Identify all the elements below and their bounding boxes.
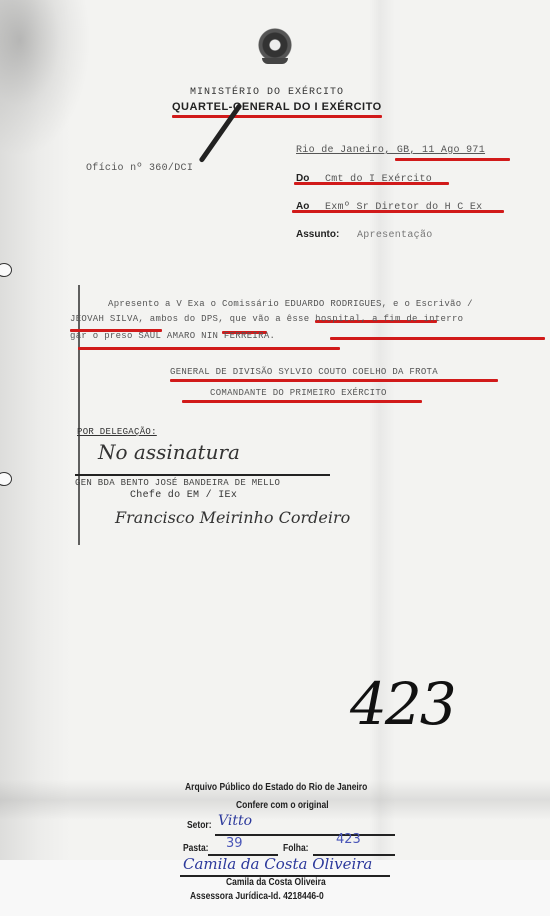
place-date: Rio de Janeiro, GB, 11 Ago 971 xyxy=(296,145,485,156)
handwritten-page-number: 423 xyxy=(350,670,455,738)
signature-line xyxy=(75,474,330,476)
binder-hole xyxy=(0,263,12,277)
sheet-label: Folha: xyxy=(283,843,309,854)
folder-label: Pasta: xyxy=(183,843,209,854)
signatory-title: COMANDANTE DO PRIMEIRO EXÉRCITO xyxy=(210,388,387,398)
second-signature: Francisco Meirinho Cordeiro xyxy=(115,508,350,527)
folder-value: 39 xyxy=(226,836,243,851)
delegation-name: GEN BDA BENTO JOSÉ BANDEIRA DE MELLO xyxy=(75,478,280,488)
delegation-role: Chefe do EM / IEx xyxy=(130,490,237,501)
archive-institution: Arquivo Público do Estado do Rio de Jane… xyxy=(185,782,367,793)
document-page: MINISTÉRIO DO EXÉRCITO QUARTEL-GENERAL D… xyxy=(0,0,550,916)
archive-confirmation: Confere com o original xyxy=(236,800,329,811)
binder-hole xyxy=(0,472,12,486)
delegation-signature: No assinatura xyxy=(98,440,240,464)
coat-of-arms-icon xyxy=(258,28,292,62)
subject-label: Assunto: xyxy=(296,229,339,240)
highlight-mark xyxy=(182,400,422,403)
highlight-mark xyxy=(294,182,449,185)
body-line-2: JEOVAH SILVA, ambos do DPS, que vão a ês… xyxy=(70,314,463,324)
delegation-label: POR DELEGAÇÃO: xyxy=(77,427,157,437)
highlight-mark xyxy=(170,379,498,382)
highlight-mark xyxy=(78,347,340,350)
subject-value: Apresentação xyxy=(357,230,433,241)
highlight-mark xyxy=(330,337,545,340)
body-line-3: gar o preso SAUL AMARO NIN FERREIRA. xyxy=(70,331,275,341)
sector-value: Vitto xyxy=(218,813,252,829)
highlight-mark xyxy=(172,115,382,118)
headquarters-title: QUARTEL-GENERAL DO I EXÉRCITO xyxy=(172,101,382,113)
archivist-name: Camila da Costa Oliveira xyxy=(226,877,326,888)
margin-line xyxy=(78,285,80,545)
coat-of-arms-base xyxy=(262,58,288,64)
subject-line: Assunto: Apresentação xyxy=(296,224,433,242)
sector-label: Setor: xyxy=(187,820,212,831)
sheet-value: 423 xyxy=(336,832,361,847)
body-line-1: Apresento a V Exa o Comissário EDUARDO R… xyxy=(108,299,473,309)
office-number: Ofício nº 360/DCI xyxy=(86,163,193,174)
signatory-rank-name: GENERAL DE DIVISÃO SYLVIO COUTO COELHO D… xyxy=(170,367,438,377)
archivist-title: Assessora Jurídica-Id. 4218446-0 xyxy=(190,891,324,902)
highlight-mark xyxy=(292,210,504,213)
highlight-mark xyxy=(395,158,510,161)
ministry-title: MINISTÉRIO DO EXÉRCITO xyxy=(190,87,344,98)
archivist-signature: Camila da Costa Oliveira xyxy=(183,855,372,873)
